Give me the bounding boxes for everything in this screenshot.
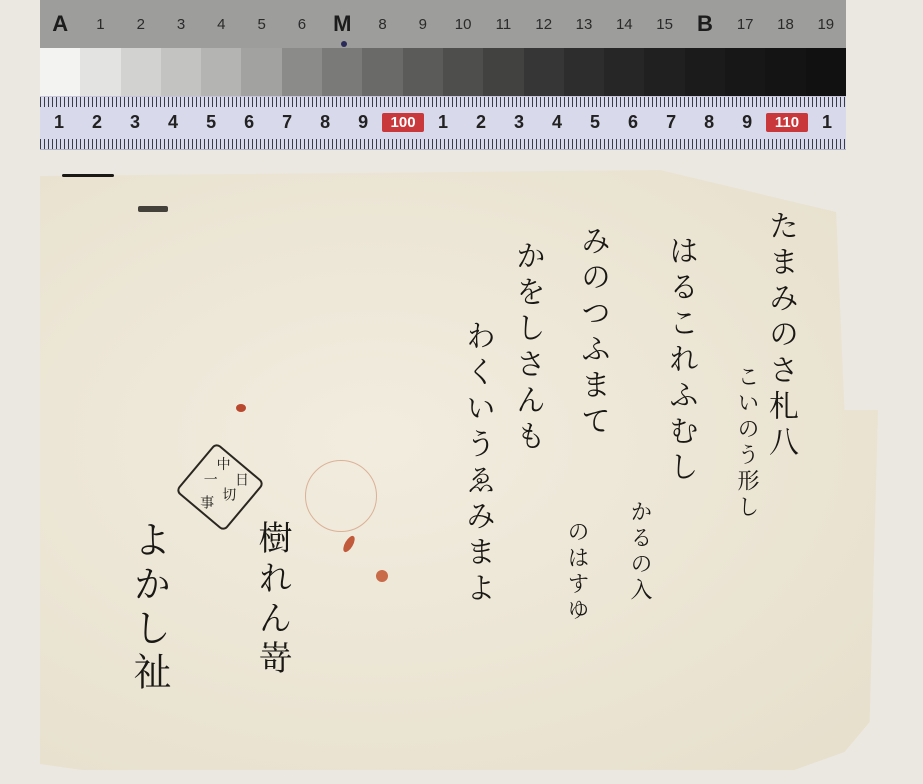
gray-patch xyxy=(564,48,604,96)
ruler-number: 3 xyxy=(500,112,538,133)
text-column-2: こいのう形し xyxy=(735,365,757,521)
seal-char: 切 xyxy=(217,485,241,505)
gray-patch xyxy=(161,48,201,96)
chart-label: 3 xyxy=(161,16,201,33)
ruler-number: 5 xyxy=(576,112,614,133)
gray-patch xyxy=(524,48,564,96)
red-ring xyxy=(305,460,377,532)
seal-char: 事 xyxy=(195,492,219,512)
ruler-number: 5 xyxy=(192,112,230,133)
chart-label: 17 xyxy=(725,16,765,33)
ruler-number: 4 xyxy=(538,112,576,133)
chart-label: 5 xyxy=(241,16,281,33)
chart-label: M xyxy=(322,11,362,37)
chart-label: 18 xyxy=(765,16,805,33)
ruler-number-highlight: 110 xyxy=(766,113,808,132)
gray-patch xyxy=(241,48,281,96)
measuring-ruler: 1 2 3 4 5 6 7 8 9 100 1 2 3 4 5 6 7 8 9 … xyxy=(40,96,846,150)
chart-label: 2 xyxy=(121,16,161,33)
ink-mark xyxy=(138,206,168,212)
text-column-3: はるこれふむし xyxy=(665,235,695,487)
ruler-number: 4 xyxy=(154,112,192,133)
chart-label: A xyxy=(40,11,80,37)
gray-patch xyxy=(282,48,322,96)
text-column-8: わくいうゑみまよ xyxy=(462,320,492,608)
color-calibration-chart: A 1 2 3 4 5 6 M 8 9 10 11 12 13 14 15 B … xyxy=(40,0,846,150)
chart-label: 19 xyxy=(806,16,846,33)
ruler-ticks-top xyxy=(40,97,846,107)
gray-patch xyxy=(443,48,483,96)
gray-patch xyxy=(403,48,443,96)
ruler-number: 7 xyxy=(652,112,690,133)
text-column-4: かるの入 xyxy=(628,500,650,604)
marker-dot-icon xyxy=(341,41,347,47)
ruler-number: 1 xyxy=(424,112,462,133)
chart-label: 9 xyxy=(403,16,443,33)
ruler-number: 9 xyxy=(344,112,382,133)
chart-label: 6 xyxy=(282,16,322,33)
gray-patch xyxy=(483,48,523,96)
gray-patch xyxy=(765,48,805,96)
gray-patch xyxy=(806,48,846,96)
chart-label: B xyxy=(685,11,725,37)
ruler-ticks-bottom xyxy=(40,139,846,149)
ink-mark xyxy=(62,174,114,177)
gray-patch xyxy=(121,48,161,96)
chart-label: 10 xyxy=(443,16,483,33)
ruler-number: 8 xyxy=(690,112,728,133)
ruler-number: 2 xyxy=(78,112,116,133)
chart-label: 15 xyxy=(644,16,684,33)
ruler-number: 9 xyxy=(728,112,766,133)
chart-label: 12 xyxy=(524,16,564,33)
gray-patch xyxy=(201,48,241,96)
ruler-number: 6 xyxy=(230,112,268,133)
chart-label: 11 xyxy=(483,16,523,33)
red-stain xyxy=(236,404,246,412)
chart-label: 4 xyxy=(201,16,241,33)
ruler-number: 1 xyxy=(808,112,846,133)
text-column-7: かをしさんも xyxy=(512,240,542,456)
gray-patch xyxy=(322,48,362,96)
gray-scale-strip xyxy=(40,48,846,96)
chart-label: 8 xyxy=(362,16,402,33)
gray-patch xyxy=(685,48,725,96)
text-column-1: たまみのさ札八 xyxy=(765,210,795,462)
ruler-number: 1 xyxy=(40,112,78,133)
chart-label: 13 xyxy=(564,16,604,33)
signature-column-2: よかし祉 xyxy=(130,520,168,696)
chart-label: 1 xyxy=(80,16,120,33)
red-stain xyxy=(376,570,388,582)
gray-patch xyxy=(644,48,684,96)
gray-patch xyxy=(80,48,120,96)
gray-patch xyxy=(40,48,80,96)
signature-column-1: 樹れん嵜 xyxy=(255,520,289,680)
ruler-number: 3 xyxy=(116,112,154,133)
text-column-6: のはすゆ xyxy=(565,520,587,624)
gray-patch xyxy=(362,48,402,96)
gray-patch xyxy=(604,48,644,96)
ruler-number: 2 xyxy=(462,112,500,133)
ruler-number: 8 xyxy=(306,112,344,133)
text-column-5: みのつふまて xyxy=(577,225,607,441)
ruler-number-highlight: 100 xyxy=(382,113,424,132)
gray-patch xyxy=(725,48,765,96)
ruler-number: 7 xyxy=(268,112,306,133)
ruler-number: 6 xyxy=(614,112,652,133)
chart-label: 14 xyxy=(604,16,644,33)
chart-label-strip: A 1 2 3 4 5 6 M 8 9 10 11 12 13 14 15 B … xyxy=(40,0,846,48)
